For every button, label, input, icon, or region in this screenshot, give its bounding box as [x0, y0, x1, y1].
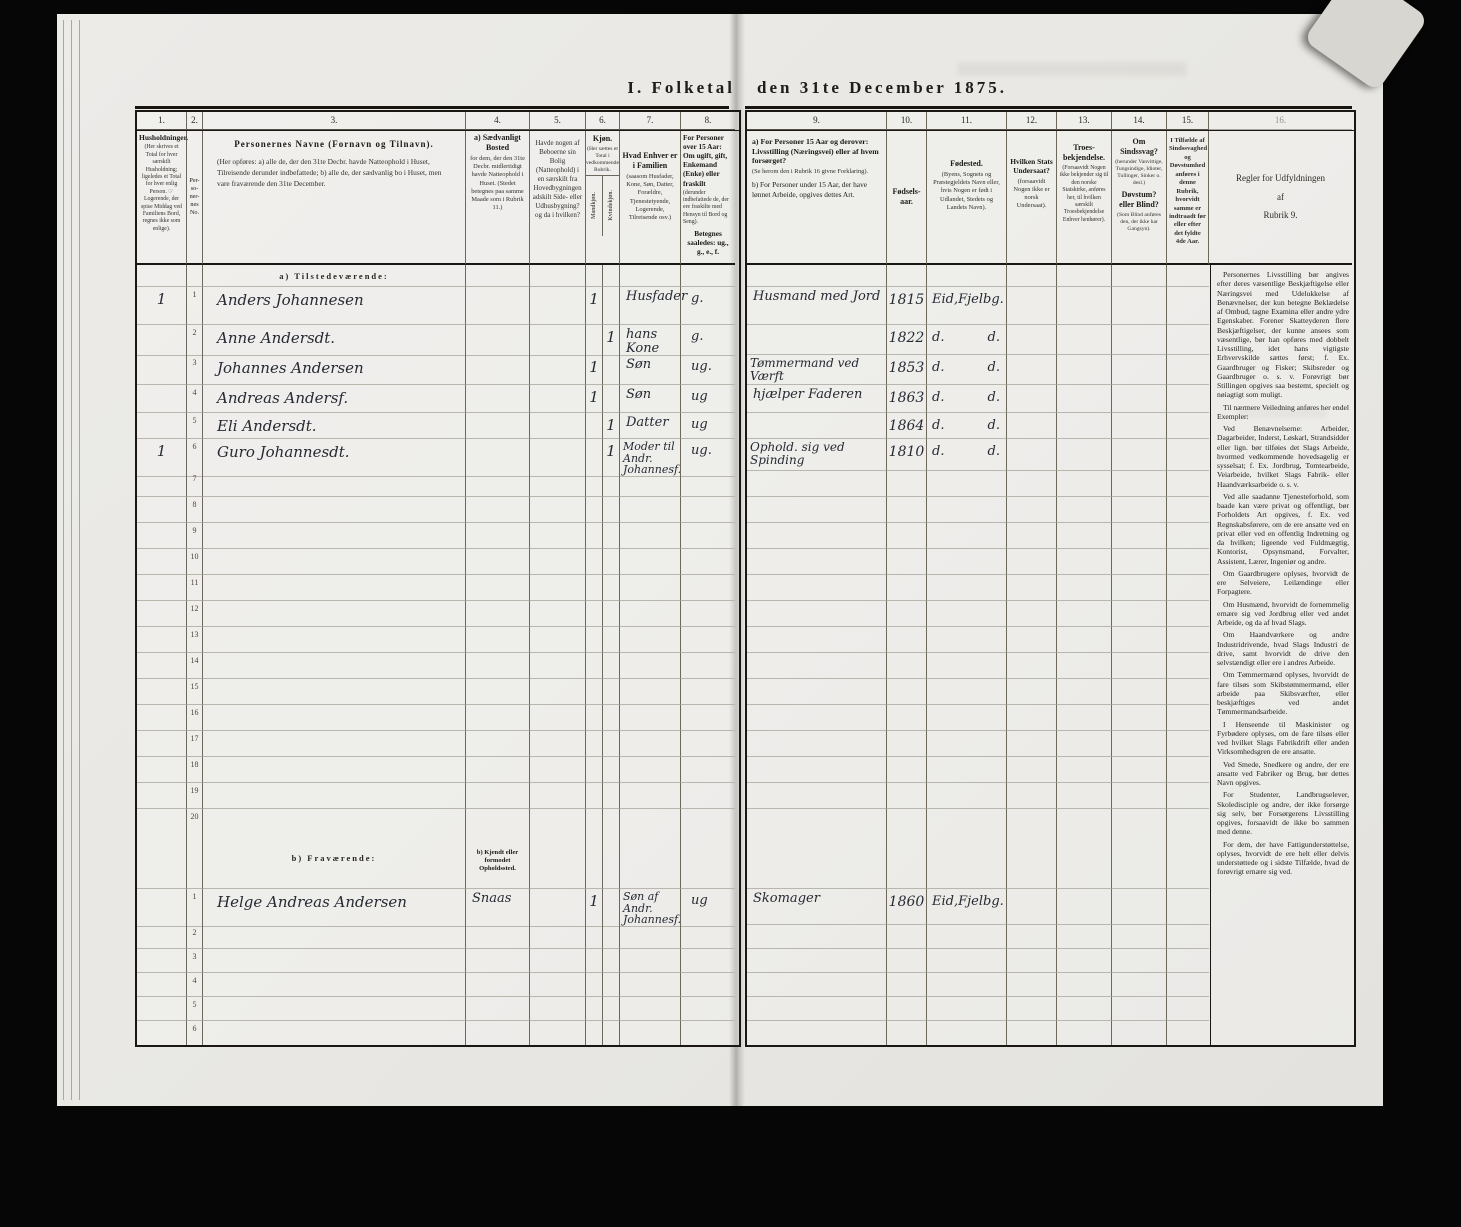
household-mark: 1	[137, 287, 187, 325]
table-row	[747, 949, 1210, 973]
column-header-row: a) For Personer 15 Aar og derover: Livss…	[747, 131, 1354, 265]
section-a-empty-rows: 7891011121314151617181920	[137, 471, 739, 835]
male-tally: 1	[586, 385, 603, 413]
page-title-right: den 31te December 1875.	[757, 78, 1007, 98]
section-b-empty-rows: 23456	[137, 925, 739, 1045]
table-row	[747, 601, 1210, 627]
col-header-kjon: Kjøn. (Her sættes et Total i vedkommende…	[586, 131, 620, 265]
table-row: 8	[137, 497, 739, 523]
table-row: 14	[137, 653, 739, 679]
birth-year: 1822	[887, 325, 927, 355]
family-position: hans Kone	[620, 325, 681, 356]
table-row	[747, 679, 1210, 705]
col-num-14: 14.	[1112, 112, 1167, 130]
table-row: 9	[137, 523, 739, 549]
table-row: 7	[137, 471, 739, 497]
female-tally: 1	[603, 413, 620, 439]
birth-year: 1815	[887, 287, 927, 325]
instruction-paragraph: Ved alle saadanne Tjenesteforhold, som b…	[1217, 492, 1349, 566]
column-number-row: 1. 2. 3. 4. 5. 6. 7. 8.	[137, 112, 739, 131]
table-row: 18	[137, 757, 739, 783]
marital-status: ug	[681, 413, 735, 439]
instruction-paragraph: Om Husmænd, hvorvidt de fornemmelig ernæ…	[1217, 600, 1349, 628]
col-num-8: 8.	[681, 112, 735, 130]
title-rule	[135, 106, 729, 109]
col-header-bosted: a) Sædvanligt Bosted for dem, der den 31…	[466, 131, 530, 265]
col-num-2: 2.	[187, 112, 203, 130]
expected-abode: Snaas	[466, 889, 530, 927]
occupation: Husmand med Jord	[747, 287, 887, 325]
abode-subheader: b) Kjendt eller formodet Opholdssted.	[466, 849, 529, 874]
instruction-paragraph: For dem, der have Fattigunderstøttelse, …	[1217, 840, 1349, 877]
table-row: 12	[137, 601, 739, 627]
table-row: 3 Johannes Andersen 1 Søn ug.	[137, 355, 739, 385]
table-row: 13	[137, 627, 739, 653]
instruction-paragraph: For Studenter, Landbrugselever, Skoledis…	[1217, 790, 1349, 836]
marital-status: ug	[681, 889, 735, 927]
paper-spread: I. Folketal den 31te December 1875. 1. 2…	[57, 14, 1383, 1106]
col-num-6: 6.	[586, 112, 620, 130]
section-b-header-row: b) Fraværende: b) Kjendt eller formodet …	[137, 835, 739, 889]
table-row: 2 Anne Andersdt. 1 hans Kone g.	[137, 325, 739, 355]
scanned-census-page: I. Folketal den 31te December 1875. 1. 2…	[0, 0, 1461, 1227]
table-row: 5	[137, 997, 739, 1021]
person-name: Johannes Andersen	[203, 355, 466, 385]
col-header-fodested: Fødested. (Byens, Sognets og Præstegjeld…	[927, 131, 1007, 265]
instruction-paragraph: Ved Benævnelserne: Arbeider, Dagarbeider…	[1217, 424, 1349, 489]
birth-year: 1863	[887, 385, 927, 413]
birthplace: d.d.	[927, 325, 1007, 355]
right-data-columns: Husmand med Jord 1815 Eid,Fjelbg. 1822 d…	[747, 265, 1211, 1045]
kvindekjon-label: Kvindekjøn.	[608, 190, 614, 221]
birthplace: d.d.	[927, 355, 1007, 385]
table-row	[747, 783, 1210, 809]
female-tally	[603, 287, 620, 325]
occupation: Tømmermand ved Værft	[747, 355, 887, 385]
census-table-right: 9. 10. 11. 12. 13. 14. 15. 16. a) For Pe…	[745, 110, 1356, 1047]
marital-status: ug	[681, 385, 735, 413]
birthplace: Eid,Fjelbg.	[927, 889, 1007, 925]
table-row: 1 Helge Andreas Andersen Snaas 1 Søn af …	[137, 889, 739, 925]
section-b-empty-rows	[747, 925, 1210, 1045]
page-stack-edge	[71, 20, 72, 1100]
table-row: 5 Eli Andersdt. 1 Datter ug	[137, 413, 739, 439]
page-curl	[1303, 0, 1428, 92]
family-position: Søn	[620, 385, 681, 413]
person-name: Anders Johannesen	[203, 287, 466, 325]
col-num-16: 16.	[1209, 112, 1352, 130]
col-header-navne: Personernes Navne (Fornavn og Tilnavn). …	[203, 131, 466, 265]
male-tally: 1	[586, 889, 603, 927]
col-header-husholdninger: Husholdninger. (Her skrives et Total for…	[137, 131, 187, 265]
rubrik-9-instructions: Personernes Livsstilling bør angives eft…	[1211, 265, 1354, 1045]
table-row: Skomager 1860 Eid,Fjelbg.	[747, 889, 1210, 925]
birth-year: 1864	[887, 413, 927, 439]
male-tally	[586, 325, 603, 356]
left-table-body: a) Tilstedeværende: 1 1 Anders Johannese…	[137, 265, 739, 1045]
instruction-paragraph: Personernes Livsstilling bør angives eft…	[1217, 270, 1349, 400]
kjon-subcolumns: Mandkjøn. Kvindekjøn.	[586, 175, 619, 236]
birth-year: 1860	[887, 889, 927, 925]
table-row	[747, 705, 1210, 731]
table-row: 20	[137, 809, 739, 835]
col-header-regler: Regler for Udfyldningen af Rubrik 9.	[1209, 131, 1352, 265]
instruction-paragraph: Ved Smede, Snedkere og andre, der ere an…	[1217, 760, 1349, 788]
female-tally	[603, 889, 620, 927]
family-position: Søn af Andr. Johannesf.	[620, 889, 681, 927]
table-row	[747, 497, 1210, 523]
section-a-label: a) Tilstedeværende:	[203, 265, 466, 287]
birthplace: d.d.	[927, 413, 1007, 439]
male-tally: 1	[586, 355, 603, 385]
table-row: 11	[137, 575, 739, 601]
col-header-fodselsaar: Fødsels-aar.	[887, 131, 927, 265]
table-row: 4 Andreas Andersf. 1 Søn ug	[137, 385, 739, 413]
table-row	[747, 925, 1210, 949]
section-a-empty-rows	[747, 471, 1210, 835]
col-num-7: 7.	[620, 112, 681, 130]
occupation: Skomager	[747, 889, 887, 925]
table-row	[747, 809, 1210, 835]
table-row: 1822 d.d.	[747, 325, 1210, 355]
col-header-tilfaelde: I Tilfælde af Sindssvaghed og Døvstumhed…	[1167, 131, 1209, 265]
occupation: Ophold. sig ved Spinding	[747, 439, 887, 471]
table-row: 16	[137, 705, 739, 731]
family-position: Husfader	[620, 287, 681, 325]
table-row	[747, 627, 1210, 653]
col-header-sindssvag: Om Sindssvag? (herunder Vanvittige, Tung…	[1112, 131, 1167, 265]
col-num-11: 11.	[927, 112, 1007, 130]
table-row	[747, 731, 1210, 757]
table-row: 10	[137, 549, 739, 575]
page-stack-edge	[63, 20, 64, 1100]
col-header-civilstand: For Personer over 15 Aar: Om ugift, gift…	[681, 131, 735, 265]
male-tally	[586, 413, 603, 439]
person-name: Helge Andreas Andersen	[203, 889, 466, 927]
table-row	[747, 549, 1210, 575]
instruction-paragraph: Om Tømmermænd oplyses, hvorvidt de fare …	[1217, 670, 1349, 716]
table-row: 1 6 Guro Johannesdt. 1 Moder til Andr. J…	[137, 439, 739, 471]
family-position: Datter	[620, 413, 681, 439]
table-row	[747, 1021, 1210, 1045]
table-row: 1864 d.d.	[747, 413, 1210, 439]
table-row	[747, 575, 1210, 601]
instruction-paragraph: I Henseende til Maskinister og Fyrbødere…	[1217, 720, 1349, 757]
table-row: 1 1 Anders Johannesen 1 Husfader g.	[137, 287, 739, 325]
table-row	[747, 471, 1210, 497]
table-row	[747, 757, 1210, 783]
table-row: Tømmermand ved Værft 1853 d.d.	[747, 355, 1210, 385]
table-row: 17	[137, 731, 739, 757]
instruction-paragraph: Om Gaardbrugere oplyses, hvorvidt de ere…	[1217, 569, 1349, 597]
col-header-familiestilling: Hvad Enhver er i Familien (saasom Husfad…	[620, 131, 681, 265]
female-tally	[603, 355, 620, 385]
table-row: 19	[137, 783, 739, 809]
col-num-10: 10.	[887, 112, 927, 130]
table-row: 3	[137, 949, 739, 973]
female-tally	[603, 385, 620, 413]
col-num-5: 5.	[530, 112, 586, 130]
instruction-paragraph: Til nærmere Veiledning anføres her endel…	[1217, 403, 1349, 422]
table-row	[747, 523, 1210, 549]
table-row: 4	[137, 973, 739, 997]
table-row	[747, 997, 1210, 1021]
col-num-13: 13.	[1057, 112, 1112, 130]
col-header-livsstilling: a) For Personer 15 Aar og derover: Livss…	[747, 131, 887, 265]
table-row	[747, 973, 1210, 997]
col-header-personernes-no: Per-so-ner-nes No.	[187, 131, 203, 265]
birthplace: Eid,Fjelbg.	[927, 287, 1007, 325]
instruction-paragraph: Om Haandværkere og andre Industridrivend…	[1217, 630, 1349, 667]
col-header-udhusbygning: Havde nogen af Beboerne sin Bolig (Natte…	[530, 131, 586, 265]
family-position: Søn	[620, 355, 681, 385]
right-table-body: Husmand med Jord 1815 Eid,Fjelbg. 1822 d…	[747, 265, 1354, 1045]
col-num-15: 15.	[1167, 112, 1209, 130]
person-name: Eli Andersdt.	[203, 413, 466, 439]
col-header-statsborger: Hvilken Stats Undersaat? (forsaavidt Nog…	[1007, 131, 1057, 265]
col-num-4: 4.	[466, 112, 530, 130]
col-header-troesbekjendelse: Troes-bekjendelse. (Forsaavidt Nogen ikk…	[1057, 131, 1112, 265]
marital-status: g.	[681, 287, 735, 325]
mandkjon-label: Mandkjøn.	[591, 192, 597, 219]
birth-year: 1853	[887, 355, 927, 385]
table-row: 6	[137, 1021, 739, 1045]
ink-bleed-through	[957, 62, 1187, 76]
table-row: Ophold. sig ved Spinding 1810 d.d.	[747, 439, 1210, 471]
page-stack-edge	[79, 20, 80, 1100]
birthplace: d.d.	[927, 439, 1007, 471]
table-row: 2	[137, 925, 739, 949]
table-row: Husmand med Jord 1815 Eid,Fjelbg.	[747, 287, 1210, 325]
page-title-left: I. Folketal	[585, 78, 735, 98]
table-row: hjælper Faderen 1863 d.d.	[747, 385, 1210, 413]
female-tally: 1	[603, 325, 620, 356]
col-num-9: 9.	[747, 112, 887, 130]
section-b-label: b) Fraværende:	[203, 835, 466, 889]
col-num-12: 12.	[1007, 112, 1057, 130]
person-name: Anne Andersdt.	[203, 325, 466, 356]
col-num-1: 1.	[137, 112, 187, 130]
title-rule	[745, 106, 1352, 109]
column-header-row: Husholdninger. (Her skrives et Total for…	[137, 131, 739, 265]
table-row: 15	[137, 679, 739, 705]
census-table-left: 1. 2. 3. 4. 5. 6. 7. 8. Husholdninger. (…	[135, 110, 741, 1047]
occupation: hjælper Faderen	[747, 385, 887, 413]
section-a-label-row: a) Tilstedeværende:	[137, 265, 739, 287]
marital-status: g.	[681, 325, 735, 356]
column-number-row: 9. 10. 11. 12. 13. 14. 15. 16.	[747, 112, 1354, 131]
male-tally: 1	[586, 287, 603, 325]
col-num-3: 3.	[203, 112, 466, 130]
birthplace: d.d.	[927, 385, 1007, 413]
marital-status: ug.	[681, 355, 735, 385]
person-name: Andreas Andersf.	[203, 385, 466, 413]
birth-year: 1810	[887, 439, 927, 471]
table-row	[747, 653, 1210, 679]
